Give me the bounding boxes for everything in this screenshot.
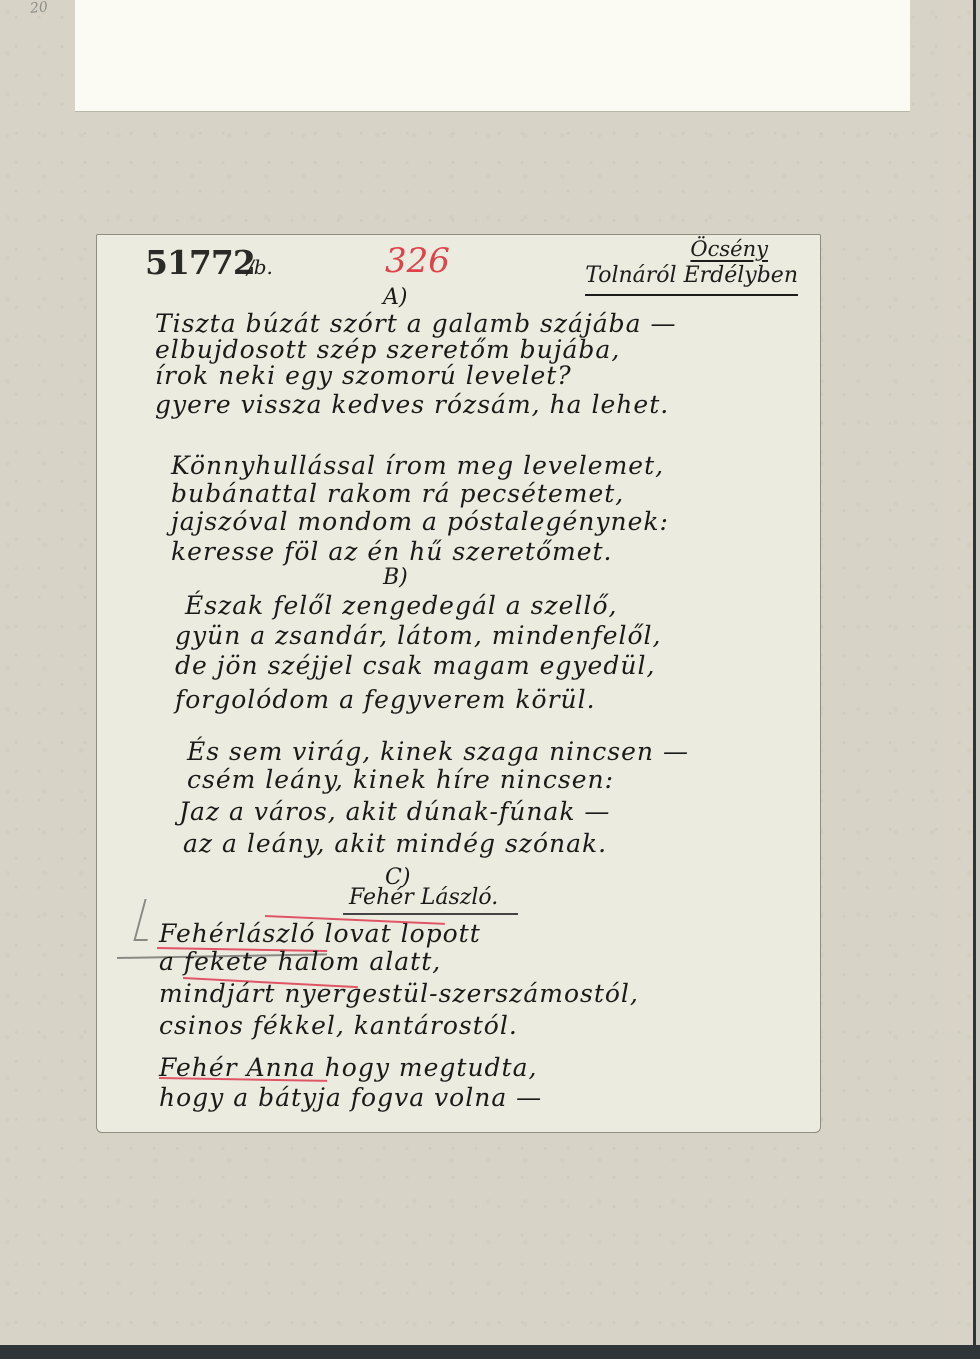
verse-line: írok neki egy szomorú levelet? xyxy=(155,361,572,390)
verse-line: elbujdosott szép szeretőm bujába, xyxy=(155,335,620,364)
verse-line: Könnyhullással írom meg levelemet, xyxy=(171,451,664,480)
verse-line: forgolódom a fegyverem körül. xyxy=(175,685,596,714)
pencil-bracket xyxy=(133,899,158,941)
catalog-stamp-suffix: /b. xyxy=(247,255,273,279)
verse-line: gyün a zsandár, látom, mindenfelől, xyxy=(175,621,661,650)
song-title: Fehér László. xyxy=(343,885,518,915)
section-marker-a: A) xyxy=(383,285,407,310)
verse-line: Jaz a város, akit dúnak-fúnak — xyxy=(179,797,610,826)
verse-line: Tiszta búzát szórt a galamb szájába — xyxy=(155,309,676,338)
verse-line: a fekete halom alatt, xyxy=(159,947,441,976)
county-name: Tolnáról Erdélyben xyxy=(585,263,798,296)
verse-line: Észak felől zengedegál a szellő, xyxy=(185,591,617,620)
scanner-edge-bottom xyxy=(0,1345,980,1359)
red-item-number: 326 xyxy=(385,241,450,281)
section-marker-b: B) xyxy=(383,565,408,590)
verse-line: mindjárt nyergestül-szerszámostól, xyxy=(159,979,639,1008)
top-paper-slip xyxy=(75,0,910,111)
verse-line: keresse föl az én hű szeretőmet. xyxy=(171,537,613,566)
manuscript-card: 51772 /b. 326 Öcsény Tolnáról Erdélyben … xyxy=(96,234,821,1133)
verse-line: gyere vissza kedves rózsám, ha lehet. xyxy=(155,390,669,419)
verse-line: hogy a bátyja fogva volna — xyxy=(159,1083,542,1112)
verse-line: jajszóval mondom a póstalegénynek: xyxy=(171,507,669,536)
scanner-edge-right xyxy=(973,0,980,1359)
verse-line: de jön széjjel csak magam egyedül, xyxy=(175,651,655,680)
verse-line: az a leány, akit mindég szónak. xyxy=(183,829,607,858)
place-heading: Öcsény Tolnáról Erdélyben xyxy=(585,237,798,296)
verse-line: csinos fékkel, kantárostól. xyxy=(159,1011,518,1040)
verse-line: bubánattal rakom rá pecsétemet, xyxy=(171,479,624,508)
corner-pencil-note: 20 xyxy=(29,0,48,17)
catalog-stamp-number: 51772 xyxy=(145,243,255,282)
village-name: Öcsény xyxy=(585,237,798,261)
verse-line: És sem virág, kinek szaga nincsen — xyxy=(187,737,689,766)
verse-line: csém leány, kinek híre nincsen: xyxy=(187,765,614,794)
